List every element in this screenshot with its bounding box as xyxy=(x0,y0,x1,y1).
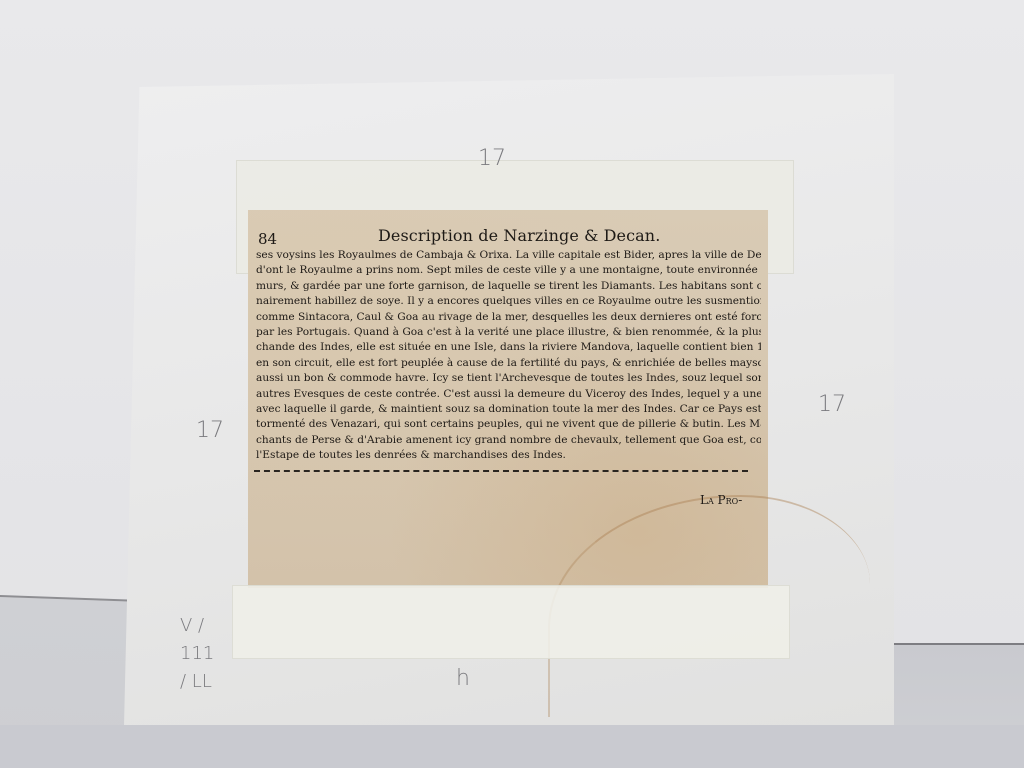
body-text: ses voysins les Royaulmes de Cambaja & O… xyxy=(256,248,761,464)
pencil-mark-top: 17 xyxy=(478,146,506,171)
text-line: par les Portugais. Quand à Goa c'est à l… xyxy=(256,325,761,340)
page-number: 84 xyxy=(258,230,277,248)
text-line: murs, & gardée par une forte garnison, d… xyxy=(256,279,761,294)
text-line: autres Evesques de ceste contrée. C'est … xyxy=(256,387,761,402)
text-line: ses voysins les Royaulmes de Cambaja & O… xyxy=(256,248,761,263)
text-line: tormenté des Venazari, qui sont certains… xyxy=(256,417,761,432)
text-line: l'Estape de toutes les denrées & marchan… xyxy=(256,448,761,463)
text-line: chants de Perse & d'Arabie amenent icy g… xyxy=(256,433,761,448)
dashed-rule xyxy=(254,470,748,472)
pencil-corner-note: V / 111 / LL xyxy=(180,612,220,696)
pencil-mark-right: 17 xyxy=(818,392,846,417)
text-line: avec laquelle il garde, & maintient souz… xyxy=(256,402,761,417)
catchword: La Pro- xyxy=(700,493,742,507)
text-line: comme Sintacora, Caul & Goa au rivage de… xyxy=(256,310,761,325)
page-title: Description de Narzinge & Decan. xyxy=(378,226,660,245)
text-line: d'ont le Royaulme a prins nom. Sept mile… xyxy=(256,263,761,278)
text-line: nairement habillez de soye. Il y a encor… xyxy=(256,294,761,309)
text-line: en son circuit, elle est fort peuplée à … xyxy=(256,356,761,371)
pencil-mark-left: 17 xyxy=(196,418,224,443)
book-leaf: 84 Description de Narzinge & Decan. ses … xyxy=(248,210,768,588)
pencil-mark-bottom: h xyxy=(456,666,470,691)
tape-strip-bottom xyxy=(232,585,790,659)
text-line: chande des Indes, elle est située en une… xyxy=(256,340,761,355)
text-line: aussi un bon & commode havre. Icy se tie… xyxy=(256,371,761,386)
floor-surface xyxy=(0,725,1024,768)
